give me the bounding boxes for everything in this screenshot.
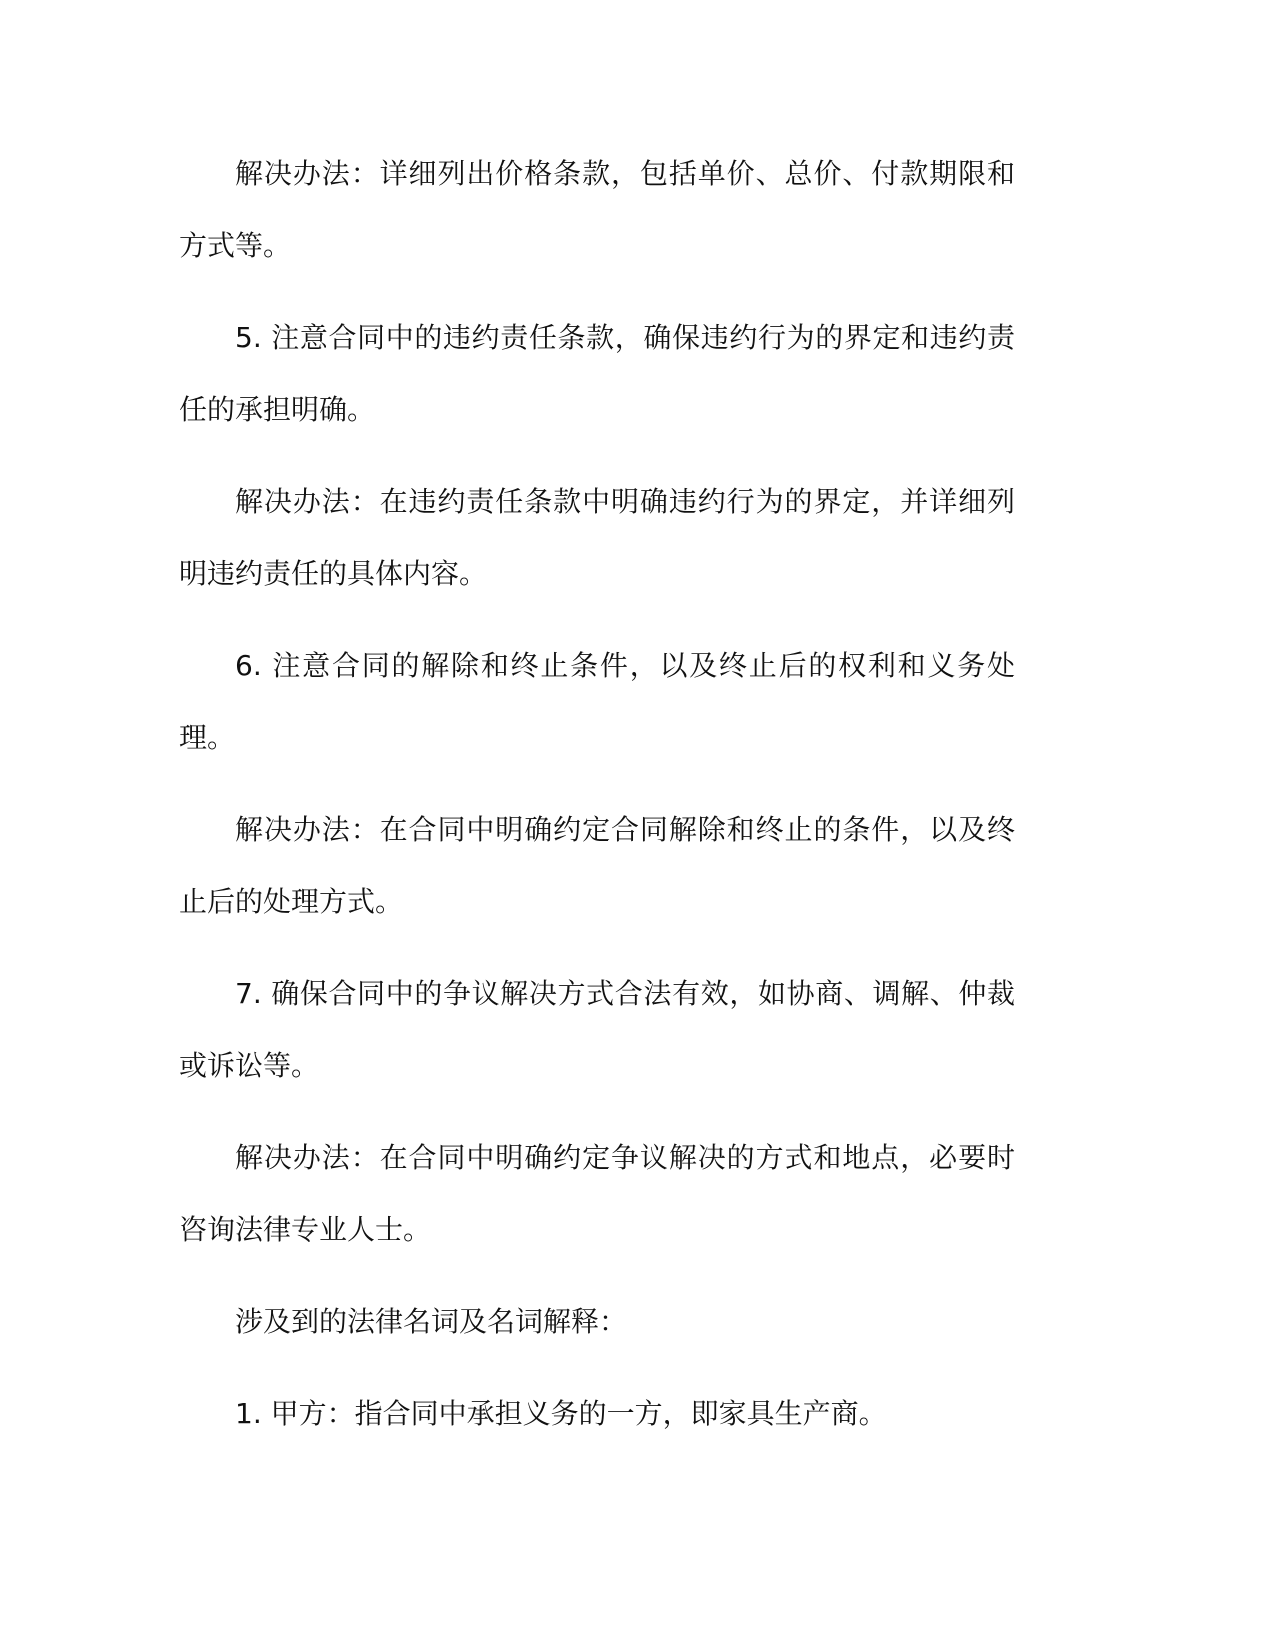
solution-paragraph-6: 解决办法：在合同中明确约定合同解除和终止的条件，以及终止后的处理方式。	[179, 794, 1015, 938]
solution-paragraph-7: 解决办法：在合同中明确约定争议解决的方式和地点，必要时咨询法律专业人士。	[179, 1122, 1015, 1266]
term-definition-1: 1. 甲方：指合同中承担义务的一方，即家具生产商。	[179, 1378, 1015, 1450]
solution-paragraph-4: 解决办法：详细列出价格条款，包括单价、总价、付款期限和方式等。	[179, 138, 1015, 282]
list-item-7: 7. 确保合同中的争议解决方式合法有效，如协商、调解、仲裁或诉讼等。	[179, 958, 1015, 1102]
terms-heading: 涉及到的法律名词及名词解释：	[179, 1286, 1015, 1358]
document-page: 解决办法：详细列出价格条款，包括单价、总价、付款期限和方式等。 5. 注意合同中…	[179, 138, 1015, 1470]
solution-paragraph-5: 解决办法：在违约责任条款中明确违约行为的界定，并详细列明违约责任的具体内容。	[179, 466, 1015, 610]
list-item-5: 5. 注意合同中的违约责任条款，确保违约行为的界定和违约责任的承担明确。	[179, 302, 1015, 446]
list-item-6: 6. 注意合同的解除和终止条件，以及终止后的权利和义务处理。	[179, 630, 1015, 774]
